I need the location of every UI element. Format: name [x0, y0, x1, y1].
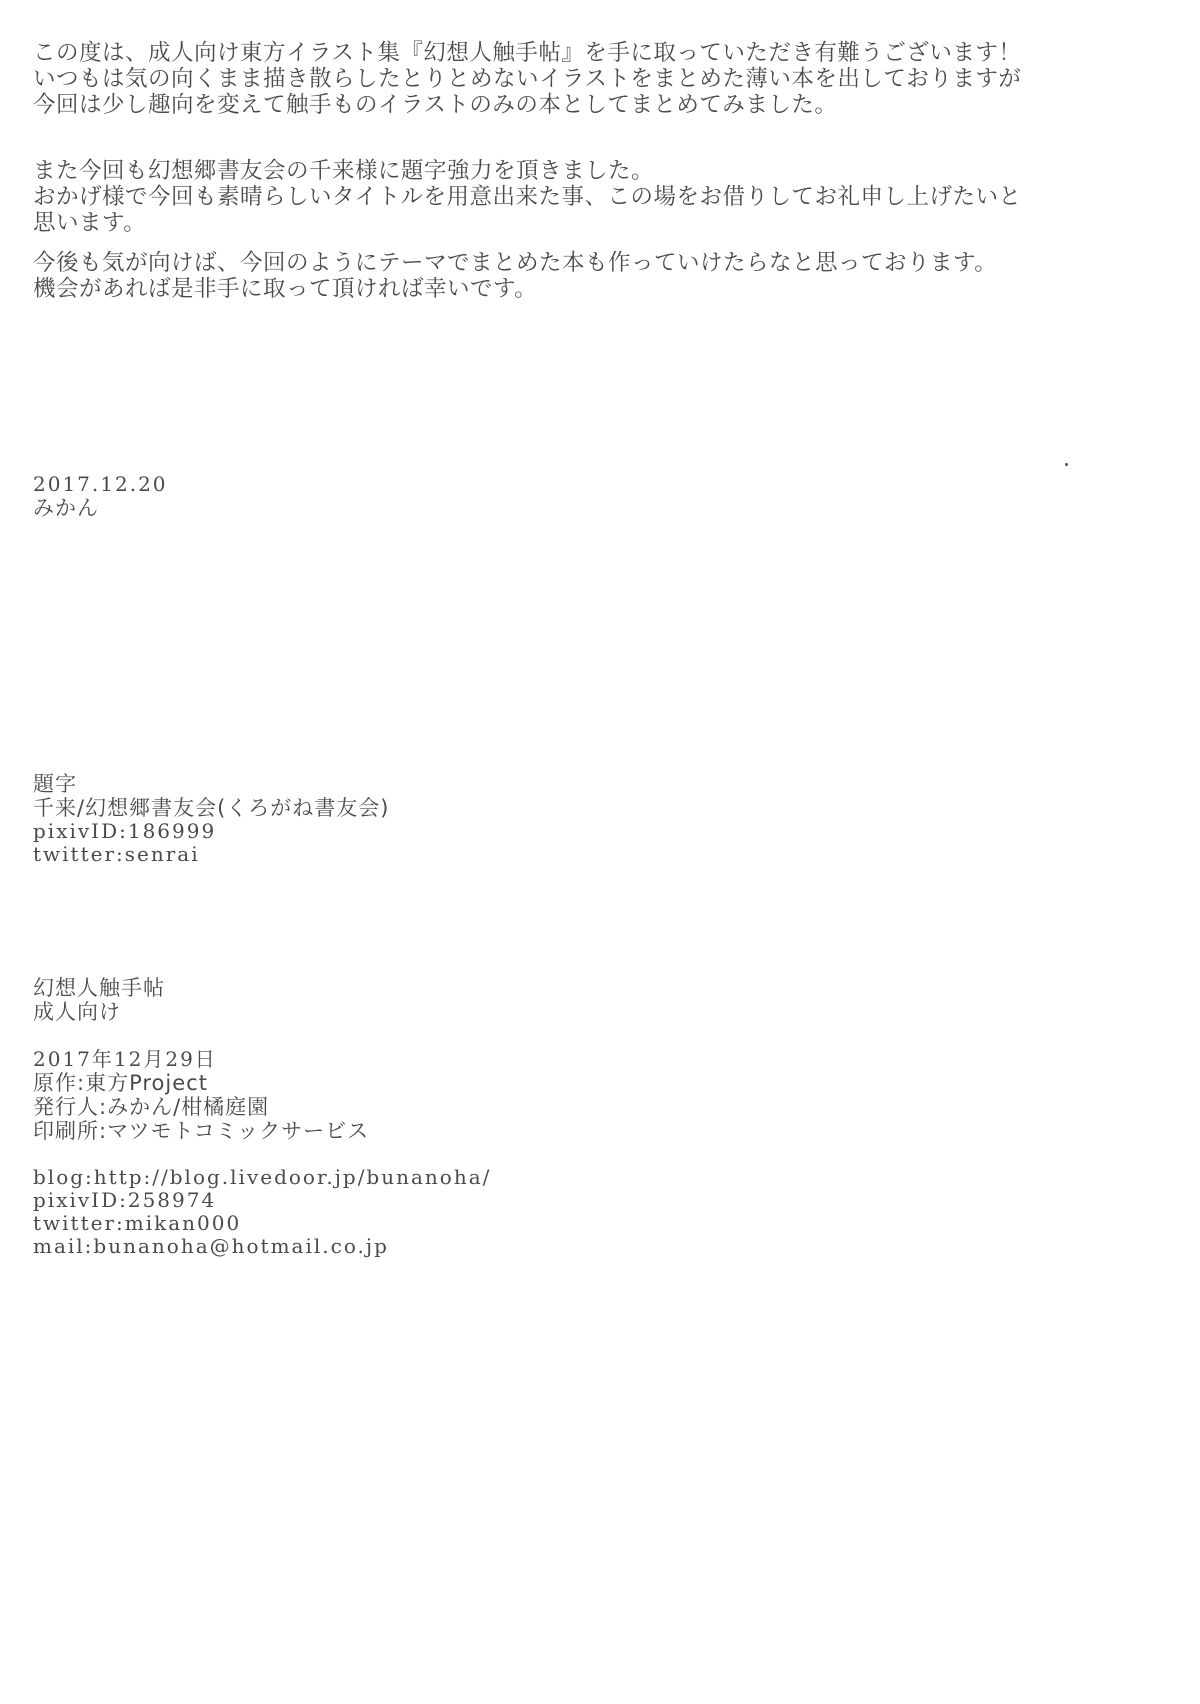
colophon-title: 幻想人触手帖 — [33, 976, 165, 1000]
calligraphy-twitter: twitter:senrai — [33, 843, 389, 866]
colophon-original-work: 原作:東方Project — [33, 1071, 369, 1095]
colophon-details: 2017年12月29日 原作:東方Project 発行人:みかん/柑橘庭園 印刷… — [33, 1048, 369, 1143]
contact-mail: mail:bunanoha@hotmail.co.jp — [33, 1235, 491, 1258]
calligraphy-credit: 題字 千来/幻想郷書友会(くろがね書友会) pixivID:186999 twi… — [33, 772, 389, 866]
contact-blog: blog:http://blog.livedoor.jp/bunanoha/ — [33, 1166, 491, 1189]
contact-pixiv: pixivID:258974 — [33, 1189, 491, 1212]
thanks-line: また今回も幻想郷書友会の千来様に題字強力を頂きました。 — [33, 158, 1022, 184]
afterword-future: 今後も気が向けば、今回のようにテーマでまとめた本も作っていけたらなと思っておりま… — [33, 250, 997, 302]
signoff-author: みかん — [33, 496, 168, 520]
contacts: blog:http://blog.livedoor.jp/bunanoha/ p… — [33, 1166, 491, 1258]
calligraphy-name: 千来/幻想郷書友会(くろがね書友会) — [33, 796, 389, 820]
future-line: 今後も気が向けば、今回のようにテーマでまとめた本も作っていけたらなと思っておりま… — [33, 250, 997, 276]
afterword-intro: この度は、成人向け東方イラスト集『幻想人触手帖』を手に取っていただき有難うござい… — [33, 40, 1021, 118]
colophon: 幻想人触手帖 成人向け — [33, 976, 165, 1024]
calligraphy-heading: 題字 — [33, 772, 389, 796]
afterword-signoff: 2017.12.20 みかん — [33, 473, 168, 520]
future-line: 機会があれば是非手に取って頂ければ幸いです。 — [33, 276, 997, 302]
colophon-printer: 印刷所:マツモトコミックサービス — [33, 1119, 369, 1143]
intro-line: 今回は少し趣向を変えて触手ものイラストのみの本としてまとめてみました。 — [33, 92, 1021, 118]
afterword-thanks: また今回も幻想郷書友会の千来様に題字強力を頂きました。 おかげ様で今回も素晴らし… — [33, 158, 1022, 236]
colophon-publisher: 発行人:みかん/柑橘庭園 — [33, 1095, 369, 1119]
colophon-rating: 成人向け — [33, 1000, 165, 1024]
intro-line: この度は、成人向け東方イラスト集『幻想人触手帖』を手に取っていただき有難うござい… — [33, 40, 1021, 66]
colophon-date: 2017年12月29日 — [33, 1048, 369, 1071]
intro-line: いつもは気の向くまま描き散らしたとりとめないイラストをまとめた薄い本を出しており… — [33, 66, 1021, 92]
thanks-line: 思います。 — [33, 210, 1022, 236]
signoff-date: 2017.12.20 — [33, 473, 168, 496]
calligraphy-pixiv: pixivID:186999 — [33, 820, 389, 843]
thanks-line: おかげ様で今回も素晴らしいタイトルを用意出来た事、この場をお借りしてお礼申し上げ… — [33, 184, 1022, 210]
contact-twitter: twitter:mikan000 — [33, 1212, 491, 1235]
scan-speck — [1065, 463, 1068, 466]
